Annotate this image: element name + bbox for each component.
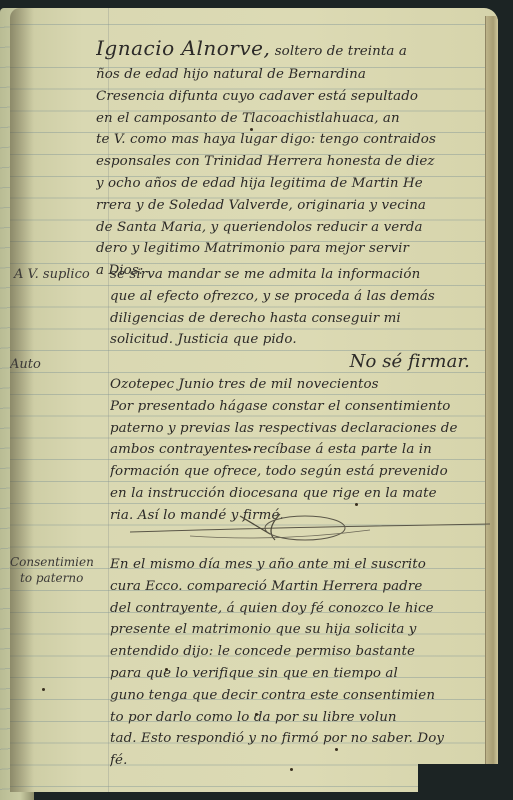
- consent-label-line1: Consentimien: [10, 554, 100, 570]
- signature-rubric-icon: [130, 510, 490, 550]
- petitioner-name: Ignacio Alnorve,: [96, 38, 270, 60]
- paper-spot: [248, 448, 251, 451]
- request-line: se sirva mandar se me admita la informac…: [110, 264, 490, 286]
- auto-line: paterno y previas las respectivas declar…: [110, 418, 490, 440]
- petition-line: dero y legitimo Matrimonio para mejor se…: [96, 238, 486, 260]
- request-line: que al efecto ofrezco, y se proceda á la…: [110, 286, 490, 308]
- document-page: Ignacio Alnorve, soltero de treinta a ño…: [10, 8, 498, 792]
- consent-line: tad. Esto respondió y no firmó por no sa…: [110, 728, 490, 750]
- auto-line: formación que ofrece, todo según está pr…: [110, 461, 490, 483]
- petition-line: y ocho años de edad hija legitima de Mar…: [96, 173, 486, 195]
- petition-line: en el camposanto de Tlacoachistlahuaca, …: [96, 108, 486, 130]
- margin-note-request: A V. suplico: [14, 264, 104, 286]
- consent-line: presente el matrimonio que su hija solic…: [110, 619, 490, 641]
- consent-line: to por darlo como lo da por su libre vol…: [110, 707, 490, 729]
- petition-first-line: Ignacio Alnorve, soltero de treinta a: [96, 38, 486, 64]
- request-line: solicitud. Justicia que pido.: [110, 329, 490, 351]
- consent-line: En el mismo día mes y año ante mi el sus…: [110, 554, 490, 576]
- consent-block: En el mismo día mes y año ante mi el sus…: [110, 554, 490, 772]
- auto-line: ambos contrayentes recíbase á esta parte…: [110, 439, 490, 461]
- page-torn-corner: [418, 764, 498, 792]
- auto-line: en la instrucción diocesana que rige en …: [110, 483, 490, 505]
- petition-line: te V. como mas haya lugar digo: tengo co…: [96, 129, 486, 151]
- auto-line: Por presentado hágase constar el consent…: [110, 396, 490, 418]
- petition-line: esponsales con Trinidad Herrera honesta …: [96, 151, 486, 173]
- petition-line: ños de edad hijo natural de Bernardina: [96, 64, 486, 86]
- margin-note-auto: Auto: [10, 354, 100, 376]
- request-block: se sirva mandar se me admita la informac…: [110, 264, 490, 373]
- petitioner-signature-note: No sé firmar.: [110, 351, 490, 373]
- paper-spot: [335, 748, 338, 751]
- consent-label-line2: to paterno: [10, 570, 100, 586]
- consent-line: entendido dijo: le concede permiso basta…: [110, 641, 490, 663]
- consent-line: cura Ecco. compareció Martin Herrera pad…: [110, 576, 490, 598]
- paper-spot: [42, 688, 45, 691]
- petition-line: Cresencia difunta cuyo cadaver está sepu…: [96, 86, 486, 108]
- petition-line: de Santa Maria, y queriendolos reducir a…: [96, 217, 486, 239]
- paper-spot: [355, 503, 358, 506]
- paper-spot: [250, 128, 253, 131]
- consent-line: guno tenga que decir contra este consent…: [110, 685, 490, 707]
- auto-block: Ozotepec Junio tres de mil novecientos P…: [110, 374, 490, 527]
- paper-spot: [290, 768, 293, 771]
- consent-line: del contrayente, á quien doy fé conozco …: [110, 598, 490, 620]
- auto-line: Ozotepec Junio tres de mil novecientos: [110, 374, 490, 396]
- paper-spot: [255, 713, 258, 716]
- binding-shadow: [10, 8, 34, 792]
- consent-line: para que lo verifique sin que en tiempo …: [110, 663, 490, 685]
- petition-line: rrera y de Soledad Valverde, originaria …: [96, 195, 486, 217]
- paper-spot: [165, 668, 168, 671]
- petition-block: Ignacio Alnorve, soltero de treinta a ño…: [96, 38, 486, 282]
- request-line: diligencias de derecho hasta conseguir m…: [110, 308, 490, 330]
- margin-note-consent: Consentimien to paterno: [10, 554, 100, 586]
